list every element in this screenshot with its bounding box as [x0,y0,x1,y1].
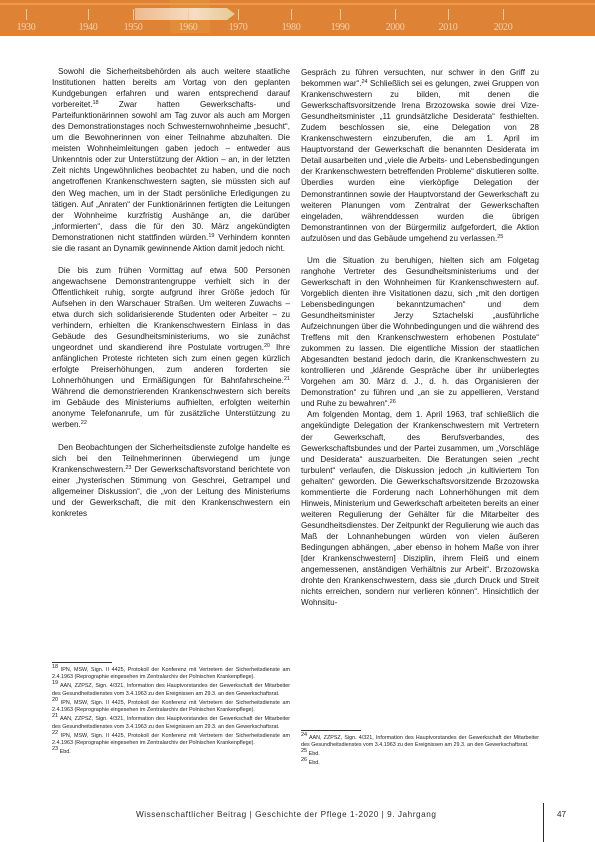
footnote-divider [52,662,112,663]
footnote-number: 26 [301,757,307,763]
footnote-number: 19 [52,680,58,686]
footnote-number: 21 [52,713,58,719]
footnote-ref[interactable]: 21 [284,376,290,382]
footnote-number: 25 [301,748,307,754]
paragraph-text: Während die demonstrierenden Krankenschw… [52,387,290,429]
timeline-tick [133,9,134,20]
footnote-ref[interactable]: 25 [497,234,503,240]
page-number: 47 [557,810,566,819]
footnote-text: IPN, MSW, Sign. II 4425, Protokoll der K… [52,733,290,746]
footnote-number: 23 [52,746,58,752]
paragraph: Um die Situation zu beruhigen, hielten s… [301,255,539,410]
footnote-text: Ebd. [309,760,320,766]
timeline-year: 1960 [168,22,208,33]
timeline-tick [188,9,189,20]
footnote-number: 24 [301,732,307,738]
timeline-tick [238,9,239,20]
paragraph-text: Die bis zum frühen Vormittag auf etwa 50… [52,266,290,352]
footnote-ref[interactable]: 26 [390,399,396,405]
footnote-text: AAN, ZZPSZ, Sign. 4/321, Information des… [52,716,290,729]
left-text-column: Sowohl die Sicherheitsbehörden als auch … [52,66,290,519]
paragraph: Die bis zum frühen Vormittag auf etwa 50… [52,265,290,431]
timeline-year: 2020 [483,22,523,33]
timeline-top-line [0,3,595,5]
paragraph: Den Beobachtungen der Sicherheitsdienste… [52,442,290,519]
footnote: 22 IPN, MSW, Sign. II 4425, Protokoll de… [52,733,290,748]
footnote: 20 IPN, MSW, Sign. II 4425, Protokoll de… [52,700,290,715]
timeline-year: 1990 [320,22,360,33]
timeline-year: 1950 [113,22,153,33]
footnote-text: AAN, ZZPSZ, Sign. 4/321, Information des… [52,683,290,696]
timeline-year: 2010 [428,22,468,33]
timeline-year: 1940 [68,22,108,33]
paragraph: Gespräch zu führen versuchten, nur schwe… [301,67,539,244]
timeline-tick [340,9,341,20]
footnote-text: Ebd. [60,749,71,755]
paragraph-text: Zwar hatten Gewerkschafts- und Parteifun… [52,100,290,242]
footnote-divider [301,730,361,731]
timeline-tick [291,9,292,20]
footnote: 18 IPN, MSW, Sign. II 4425, Protokoll de… [52,667,290,682]
footnote-ref[interactable]: 22 [81,420,87,426]
paragraph-text: Am folgenden Montag, dem 1. April 1963, … [301,410,539,607]
footnote: 23 Ebd. [52,749,290,756]
timeline-year: 1980 [271,22,311,33]
footnote: 19 AAN, ZZPSZ, Sign. 4/321, Information … [52,683,290,698]
footer-divider [543,803,544,842]
timeline-tick [448,9,449,20]
timeline-tick [503,9,504,20]
paragraph-text: Um die Situation zu beruhigen, hielten s… [301,256,539,409]
running-footer: Wissenschaftlicher Beitrag | Geschichte … [136,810,436,819]
right-text-column: Gespräch zu führen versuchten, nur schwe… [301,67,539,608]
timeline-year: 2000 [375,22,415,33]
right-footnotes: 24 AAN, ZZPSZ, Sign. 4/321, Information … [301,735,539,769]
timeline-year: 1930 [6,22,46,33]
footnote-text: IPN, MSW, Sign. II 4425, Protokoll der K… [52,700,290,713]
footnote: 21 AAN, ZZPSZ, Sign. 4/321, Information … [52,716,290,731]
footnote-text: Ebd. [309,751,320,757]
left-footnotes: 18 IPN, MSW, Sign. II 4425, Protokoll de… [52,667,290,758]
paragraph: Am folgenden Montag, dem 1. April 1963, … [301,409,539,608]
timeline-tick [88,9,89,20]
footnote: 26 Ebd. [301,760,539,767]
timeline-era-arrow-icon [135,8,235,20]
paragraph: Sowohl die Sicherheitsbehörden als auch … [52,66,290,254]
footnote-number: 18 [52,664,58,670]
footnote-number: 20 [52,697,58,703]
footnote-number: 22 [52,730,58,736]
timeline-tick [395,9,396,20]
paragraph-text: Schließlich sei es gelungen, zwei Gruppe… [301,79,539,243]
footnote: 25 Ebd. [301,751,539,758]
footnote-text: IPN, MSW, Sign. II 4425, Protokoll der K… [52,667,290,680]
footnote-text: AAN, ZZPSZ, Sign. 4/321, Information des… [301,735,539,748]
footnote: 24 AAN, ZZPSZ, Sign. 4/321, Information … [301,735,539,750]
timeline-tick [26,9,27,20]
timeline-year: 1970 [218,22,258,33]
timeline-header: 1930 1940 1950 1960 1970 1980 1990 2000 … [0,0,595,36]
